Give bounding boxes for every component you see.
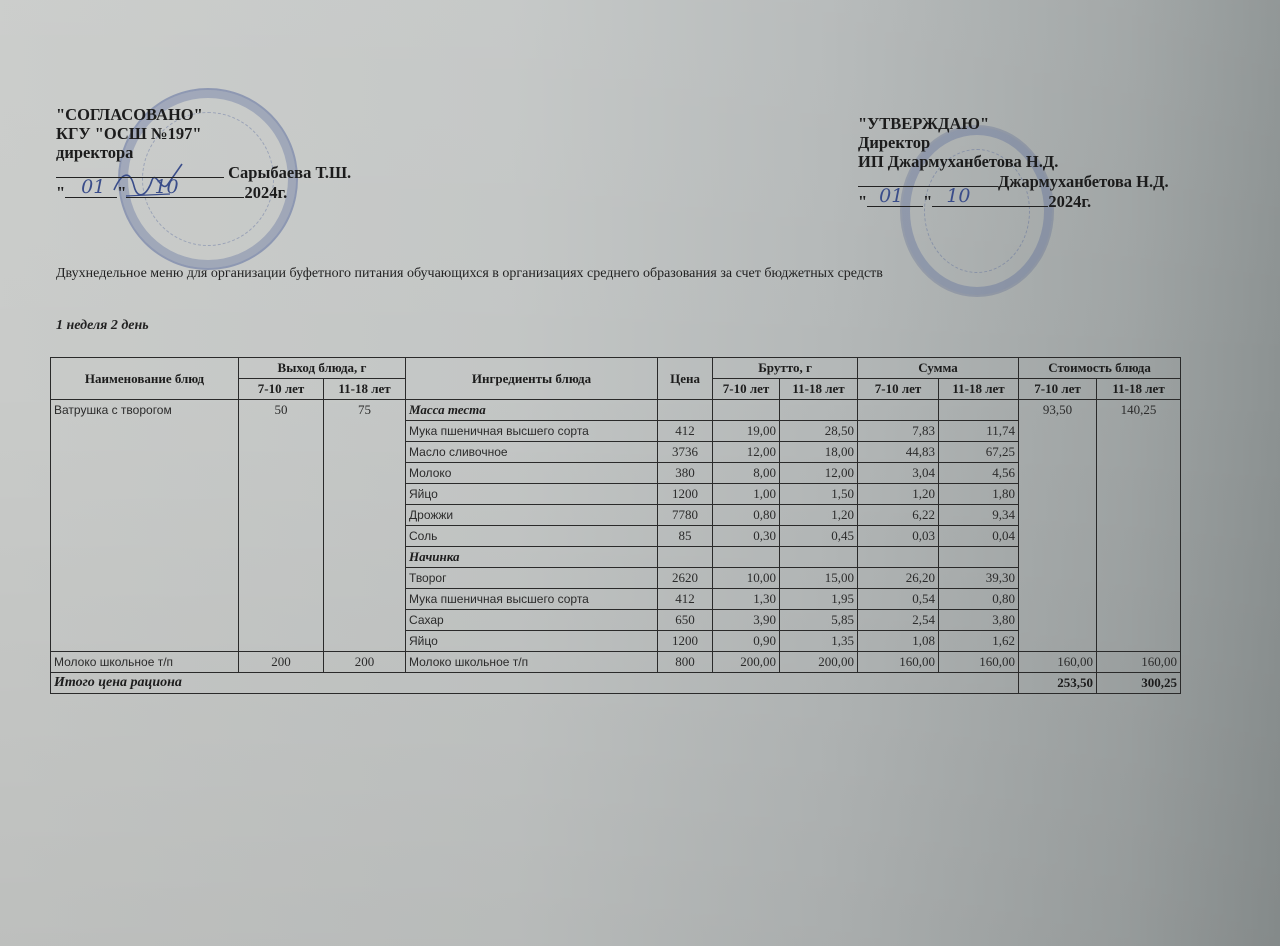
dish-cost-11-18: 140,25 [1097,400,1181,652]
approval-title: "УТВЕРЖДАЮ" [858,114,1169,133]
sum-7-10: 7,83 [858,421,939,442]
ingredient-price: 1200 [658,484,713,505]
ingredient-price: 85 [658,526,713,547]
ingredient-name: Молоко [406,463,658,484]
header-gross-age-7-10: 7-10 лет [713,379,780,400]
header-gross-age-11-18: 11-18 лет [780,379,858,400]
sum-11-18: 160,00 [939,652,1019,673]
ingredient-name: Масло сливочное [406,442,658,463]
menu-period: 1 неделя 2 день [56,318,149,334]
sum-7-10: 160,00 [858,652,939,673]
gross-11-18: 1,20 [780,505,858,526]
ingredient-price [658,400,713,421]
sum-7-10 [858,400,939,421]
gross-11-18 [780,547,858,568]
sum-11-18: 11,74 [939,421,1019,442]
ingredient-price: 7780 [658,505,713,526]
header-price: Цена [658,358,713,400]
header-gross: Брутто, г [713,358,858,379]
gross-7-10: 8,00 [713,463,780,484]
gross-7-10: 0,80 [713,505,780,526]
sum-11-18: 9,34 [939,505,1019,526]
approval-year: 2024г. [1048,192,1091,211]
sum-7-10: 1,08 [858,631,939,652]
gross-7-10: 1,30 [713,589,780,610]
gross-11-18 [780,400,858,421]
header-yield-age-11-18: 11-18 лет [324,379,406,400]
ingredient-price: 1200 [658,631,713,652]
table-row: Молоко школьное т/п200200Молоко школьное… [51,652,1181,673]
gross-7-10: 0,30 [713,526,780,547]
total-label: Итого цена рациона [51,673,1019,694]
gross-7-10: 1,00 [713,484,780,505]
dish-cost-7-10: 160,00 [1019,652,1097,673]
gross-7-10: 0,90 [713,631,780,652]
approval-org: ИП Джармуханбетова Н.Д. [858,152,1169,171]
dish-name: Молоко школьное т/п [51,652,239,673]
sum-11-18: 1,80 [939,484,1019,505]
ingredient-name: Яйцо [406,484,658,505]
header-sum-age-11-18: 11-18 лет [939,379,1019,400]
header-yield-age-7-10: 7-10 лет [239,379,324,400]
date-month-field: 10 [126,182,244,198]
sum-11-18: 0,04 [939,526,1019,547]
gross-11-18: 5,85 [780,610,858,631]
approval-title: "СОГЛАСОВАНО" [56,105,351,124]
header-yield: Выход блюда, г [239,358,406,379]
gross-7-10: 12,00 [713,442,780,463]
sum-11-18: 39,30 [939,568,1019,589]
gross-11-18: 18,00 [780,442,858,463]
gross-11-18: 1,50 [780,484,858,505]
ingredient-name: Мука пшеничная высшего сорта [406,421,658,442]
sum-7-10: 3,04 [858,463,939,484]
sum-7-10 [858,547,939,568]
gross-11-18: 1,95 [780,589,858,610]
ingredient-name: Молоко школьное т/п [406,652,658,673]
gross-11-18: 0,45 [780,526,858,547]
sum-7-10: 0,54 [858,589,939,610]
approval-year: 2024г. [244,183,287,202]
sum-7-10: 6,22 [858,505,939,526]
ingredient-section: Масса теста [406,400,658,421]
sum-7-10: 44,83 [858,442,939,463]
total-cost-7-10: 253,50 [1019,673,1097,694]
header-sum-age-7-10: 7-10 лет [858,379,939,400]
ingredient-price: 800 [658,652,713,673]
yield-7-10: 50 [239,400,324,652]
gross-7-10 [713,400,780,421]
date-day-field: 01 [65,182,117,198]
sum-7-10: 2,54 [858,610,939,631]
gross-7-10: 3,90 [713,610,780,631]
ingredient-name: Творог [406,568,658,589]
dish-cost-7-10: 93,50 [1019,400,1097,652]
menu-table: Наименование блюд Выход блюда, г Ингреди… [50,357,1181,694]
gross-11-18: 28,50 [780,421,858,442]
date-day-field: 01 [867,191,923,207]
ingredient-price: 412 [658,589,713,610]
table-row: Ватрушка с творогом5075Масса теста93,501… [51,400,1181,421]
ingredient-price: 380 [658,463,713,484]
ingredient-price: 412 [658,421,713,442]
sum-11-18: 67,25 [939,442,1019,463]
dish-cost-11-18: 160,00 [1097,652,1181,673]
yield-11-18: 75 [324,400,406,652]
approval-position: Директор [858,133,1169,152]
ingredient-price: 2620 [658,568,713,589]
ingredient-name: Дрожжи [406,505,658,526]
ingredient-section: Начинка [406,547,658,568]
gross-11-18: 1,35 [780,631,858,652]
approval-name: Джармуханбетова Н.Д. [998,172,1169,191]
header-cost-age-7-10: 7-10 лет [1019,379,1097,400]
menu-table-body: Ватрушка с творогом5075Масса теста93,501… [51,400,1181,673]
header-dish: Наименование блюд [51,358,239,400]
approval-org: КГУ "ОСШ №197" [56,124,351,143]
ingredient-price: 3736 [658,442,713,463]
approval-position: директора [56,143,351,162]
ingredient-price [658,547,713,568]
ingredient-name: Яйцо [406,631,658,652]
total-cost-11-18: 300,25 [1097,673,1181,694]
date-month-field: 10 [932,191,1048,207]
approval-name: Сарыбаева Т.Ш. [228,163,351,182]
total-row: Итого цена рациона 253,50 300,25 [51,673,1181,694]
ingredient-name: Сахар [406,610,658,631]
header-sum: Сумма [858,358,1019,379]
yield-11-18: 200 [324,652,406,673]
ingredient-price: 650 [658,610,713,631]
gross-7-10 [713,547,780,568]
header-cost: Стоимость блюда [1019,358,1181,379]
gross-11-18: 200,00 [780,652,858,673]
gross-7-10: 19,00 [713,421,780,442]
ingredient-name: Мука пшеничная высшего сорта [406,589,658,610]
dish-name: Ватрушка с творогом [51,400,239,652]
gross-7-10: 10,00 [713,568,780,589]
sum-11-18 [939,400,1019,421]
gross-11-18: 12,00 [780,463,858,484]
header-cost-age-11-18: 11-18 лет [1097,379,1181,400]
gross-11-18: 15,00 [780,568,858,589]
sum-7-10: 26,20 [858,568,939,589]
sum-7-10: 1,20 [858,484,939,505]
approval-block-approved: "УТВЕРЖДАЮ" Директор ИП Джармуханбетова … [858,114,1169,211]
yield-7-10: 200 [239,652,324,673]
approval-block-agreed: "СОГЛАСОВАНО" КГУ "ОСШ №197" директора С… [56,105,351,202]
header-ingredients: Ингредиенты блюда [406,358,658,400]
document-subtitle: Двухнедельное меню для организации буфет… [56,266,883,282]
gross-7-10: 200,00 [713,652,780,673]
sum-11-18: 3,80 [939,610,1019,631]
sum-11-18: 0,80 [939,589,1019,610]
sum-7-10: 0,03 [858,526,939,547]
sum-11-18: 4,56 [939,463,1019,484]
ingredient-name: Соль [406,526,658,547]
sum-11-18 [939,547,1019,568]
sum-11-18: 1,62 [939,631,1019,652]
